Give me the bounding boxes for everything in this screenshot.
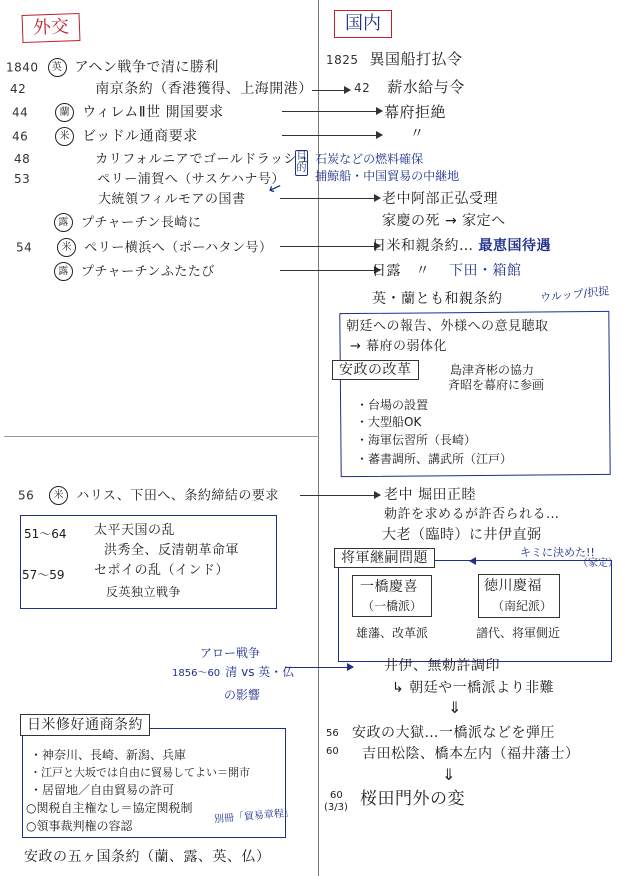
event-text: ハリス、下田へ、条約締結の要求 <box>76 489 279 504</box>
event-text: 日露 〃 <box>372 263 430 279</box>
hotta-line2: 勅許を求めるが許否られる… <box>384 506 560 524</box>
rebellion-years: 57～59 <box>22 566 65 583</box>
purge-line1: 安政の大獄…一橋派などを弾圧 <box>352 724 555 742</box>
rebellion-detail: 洪秀全、反清朝革命軍 <box>104 542 239 560</box>
domestic-event: 家慶の死 → 家定へ <box>382 212 506 230</box>
domestic-event: 42 薪水給与令 <box>354 78 465 97</box>
foreign-event: 42 南京条約（香港獲得、上海開港） <box>10 80 313 98</box>
event-year: 54 <box>16 241 32 255</box>
link-arrow <box>280 198 380 199</box>
domestic-event: 日露 〃 下田・箱館 <box>372 262 521 280</box>
ansei-item: ・蕃書調所、講武所（江戸） <box>356 450 512 467</box>
foreign-event: 露 プチャーチンふたたび <box>54 262 215 282</box>
section-divider <box>4 436 319 437</box>
event-year: 1825 <box>326 53 359 67</box>
ansei-side2: 斉昭を幕府に参画 <box>448 376 544 393</box>
link-arrow <box>280 246 380 247</box>
country-badge-icon: 米 <box>49 486 68 505</box>
succession-title: 将軍継嗣問題 <box>334 548 435 568</box>
sakurada-event: 桜田門外の変 <box>360 790 465 808</box>
link-arrow <box>312 90 350 91</box>
arrow-war-title: アロー戦争 <box>200 644 294 661</box>
domestic-event: 老中阿部正弘受理 <box>382 190 498 208</box>
down-arrow-icon: ⇓ <box>448 698 461 717</box>
mfn-note: 最恵国待遇 <box>478 238 551 254</box>
header-domestic: 国内 <box>334 10 392 38</box>
treaty-item: ・江戸と大坂では自由に貿易してよい＝開市 <box>30 764 250 780</box>
rebellion-title: セポイの乱（インド） <box>94 562 229 580</box>
event-text: 日米和親条約… <box>372 238 474 254</box>
purpose-note: 目的 石炭などの燃料確保 捕鯨船・中国貿易の中継地 <box>295 150 459 184</box>
purpose-label: 目的 <box>295 150 308 176</box>
treaty-item: ○領事裁判権の容認 <box>26 817 132 834</box>
event-text: ペリー横浜へ（ポーハタン号） <box>84 241 272 256</box>
event-year: 56 <box>18 489 34 503</box>
country-badge-icon: 露 <box>54 262 73 281</box>
candidate-faction: （一橋派） <box>362 597 422 614</box>
column-divider <box>318 0 319 876</box>
event-text: ペリー浦賀へ（サスケハナ号） <box>97 172 285 187</box>
purge-year-start: 56 <box>326 728 339 740</box>
rebellion-detail: 反英独立戦争 <box>106 583 181 601</box>
ii-line2: ↳ 朝廷や一橋派より非難 <box>392 679 554 697</box>
chosen-by: （家定） <box>578 558 618 570</box>
domestic-event: 〃 <box>410 125 425 143</box>
country-badge-icon: 露 <box>54 213 73 232</box>
arrow-war-sides: 清 vs 英・仏 <box>225 665 294 679</box>
down-arrow-icon: ⇓ <box>442 765 455 784</box>
treaty-item: ・神奈川、長崎、新潟、兵庫 <box>30 746 186 763</box>
event-year: 42 <box>10 82 26 96</box>
treaty-item: ・居留地／自由貿易の許可 <box>30 781 174 798</box>
arrow-war-note: アロー戦争 1856～60 清 vs 英・仏 の影響 <box>172 644 294 703</box>
domestic-event: 日米和親条約… 最恵国待遇 <box>372 237 551 255</box>
link-arrow <box>282 135 382 136</box>
purge-year-end: 60 <box>326 746 339 758</box>
event-text: プチャーチン長崎に <box>81 216 201 231</box>
event-year: 46 <box>12 130 28 144</box>
foreign-event: 54 米 ペリー横浜へ（ポーハタン号） <box>16 238 273 258</box>
treaty-title: 日米修好通商条約 <box>20 714 150 736</box>
ansei-item: ・大型船OK <box>356 413 421 430</box>
foreign-event: 1840 英 アヘン戦争で清に勝利 <box>6 58 219 77</box>
ansei-line1: 朝廷への報告、外様への意見聴取 <box>346 318 549 336</box>
link-arrow <box>282 111 382 112</box>
foreign-event: 露 プチャーチン長崎に <box>54 213 201 233</box>
domestic-event: 1825 異国船打払令 <box>326 50 463 69</box>
domestic-event: 幕府拒絶 <box>384 103 446 121</box>
candidate-faction: （南紀派） <box>492 597 552 614</box>
purge-line2: 吉田松陰、橋本左内（福井藩士） <box>362 745 580 763</box>
foreign-event: 大統領フィルモアの国書 <box>98 190 245 209</box>
event-text: 南京条約（香港獲得、上海開港） <box>95 81 313 97</box>
rebellion-title: 太平天国の乱 <box>94 522 175 540</box>
arrow-war-years: 1856～60 <box>172 668 220 679</box>
foreign-event: 56 米 ハリス、下田へ、条約締結の要求 <box>18 486 279 506</box>
treaty-item: ○関税自主権なし＝協定関税制 <box>26 799 192 816</box>
event-year: 48 <box>14 152 30 166</box>
event-year: 42 <box>354 81 370 95</box>
domestic-event: 英・蘭とも和親条約 <box>372 290 503 308</box>
urup-note: ウルップ/択捉 <box>539 282 610 305</box>
sakurada-year: 60 <box>330 790 343 802</box>
arrow-war-suffix: の影響 <box>224 686 294 703</box>
candidate-name: 一橋慶喜 <box>360 578 418 596</box>
candidate-support: 雄藩、改革派 <box>356 624 428 641</box>
event-text: アヘン戦争で清に勝利 <box>74 60 218 76</box>
ansei-reform-title: 安政の改革 <box>332 360 419 380</box>
ansei-item: ・台場の設置 <box>356 396 428 413</box>
event-year: 44 <box>12 106 28 120</box>
hotta-line1: 老中 堀田正睦 <box>384 486 476 504</box>
event-text: ウィレムⅡ世 開国要求 <box>82 105 223 121</box>
event-year: 1840 <box>6 61 39 75</box>
link-arrow <box>300 495 380 496</box>
hotta-line3: 大老（臨時）に井伊直弼 <box>382 526 542 544</box>
rebellion-years: 51～64 <box>24 525 67 542</box>
foreign-event: 48 カリフォルニアでゴールドラッシュ <box>14 150 310 169</box>
foreign-event: 46 米 ビッドル通商要求 <box>12 127 198 146</box>
event-text: カリフォルニアでゴールドラッシュ <box>95 152 310 167</box>
influence-arrow <box>285 667 353 668</box>
event-year: 53 <box>14 172 30 186</box>
ports-note: 下田・箱館 <box>449 263 522 279</box>
purpose-line: 捕鯨船・中国貿易の中継地 <box>315 167 459 184</box>
candidate-name: 徳川慶福 <box>484 577 542 595</box>
event-text: 薪水給与令 <box>387 78 465 96</box>
event-text: プチャーチンふたたび <box>81 265 215 280</box>
country-badge-icon: 米 <box>55 127 74 146</box>
event-text: ビッドル通商要求 <box>82 129 197 145</box>
country-badge-icon: 蘭 <box>55 103 74 122</box>
link-arrow <box>280 270 380 271</box>
chosen-arrow <box>470 560 518 561</box>
event-text: 異国船打払令 <box>370 50 463 68</box>
candidate-support: 譜代、将軍側近 <box>476 624 560 641</box>
country-badge-icon: 英 <box>48 58 67 77</box>
country-badge-icon: 米 <box>57 238 76 257</box>
ii-line1: 井伊、無勅許調印 <box>384 657 500 675</box>
event-text: 大統領フィルモアの国書 <box>98 192 245 207</box>
foreign-event: 53 ペリー浦賀へ（サスケハナ号） <box>14 170 285 189</box>
header-foreign: 外交 <box>22 13 81 43</box>
ansei-item: ・海軍伝習所（長崎） <box>356 431 476 448</box>
ansei-line2: → 幕府の弱体化 <box>350 338 447 356</box>
purpose-line: 石炭などの燃料確保 <box>315 150 459 167</box>
foreign-event: 44 蘭 ウィレムⅡ世 開国要求 <box>12 103 224 122</box>
five-nations-treaties: 安政の五ヶ国条約（蘭、露、英、仏） <box>24 848 271 866</box>
sakurada-date: (3/3) <box>324 802 348 814</box>
